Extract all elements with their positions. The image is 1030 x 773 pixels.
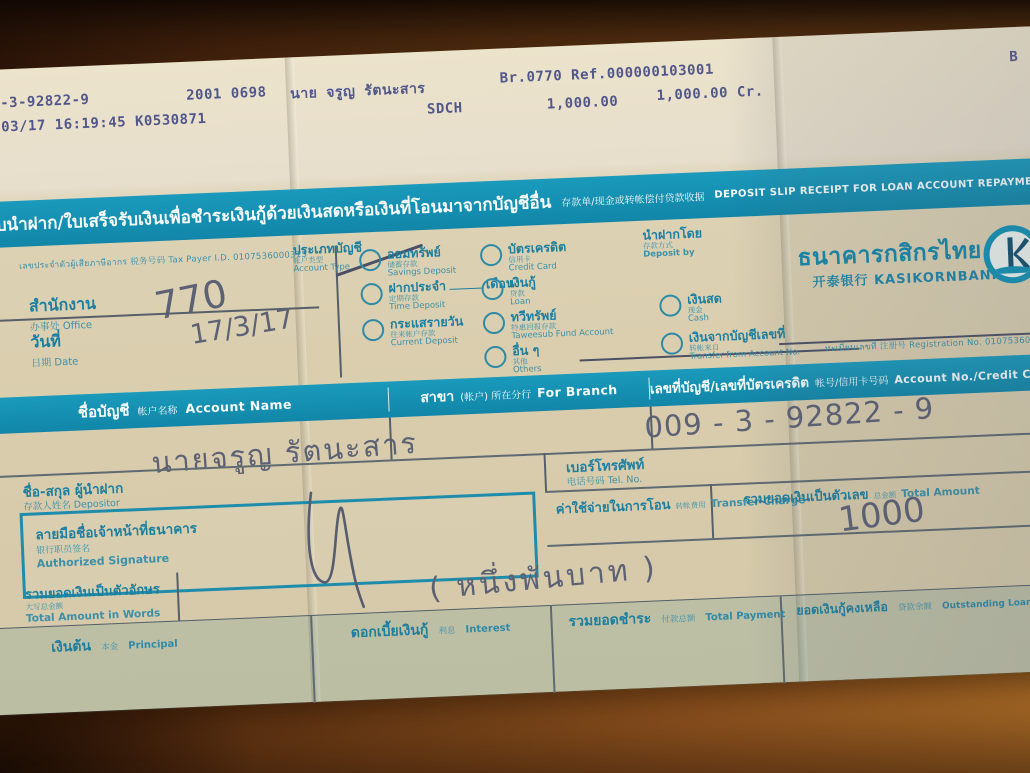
savings-english: Savings Deposit [388,267,457,279]
account-no-header-cn: 帐号/信用卡号码 [815,372,889,390]
cash-thai: เงินสด [687,291,722,306]
months-blank-line[interactable] [449,287,483,289]
account-name-value-handwritten: นายจรูญ รัตนะสาร [150,420,420,486]
time-deposit-checkbox[interactable] [360,283,383,306]
account-name-header-en: Account Name [185,397,292,416]
option-current-deposit: กระแสรายวัน 往来帐户存款 Current Deposit [362,314,465,350]
others-checkbox[interactable] [484,346,507,369]
interest-en: Interest [465,623,510,636]
deposit-by-english: Deposit by [643,248,703,260]
branch-header-en: For Branch [537,382,618,400]
total-payment-en: Total Payment [705,609,785,623]
deposit-by-header: นำฝากโดย 存款方式 Deposit by [642,226,703,260]
tel-label-sub: 电话号码 Tel. No. [566,471,642,488]
depositor-tel-divider [543,453,546,491]
tax-payer-line: เลขประจำตัวผู้เสียภาษีอากร 税务号码 Tax Paye… [19,247,308,273]
title-chinese: 存款单/现金或转帐偿付贷款收据 [561,188,705,209]
validation-branch-ref: Br.0770 Ref.000000103001 [499,62,714,87]
cash-english: Cash [688,314,723,325]
principal-cn: 本金 [101,642,118,653]
account-name-header-cn: 帐户名称 [137,401,178,418]
date-label-sub: 日期 Date [31,352,79,369]
bottom-divider-1 [310,616,315,703]
option-cash: เงินสด 现金 Cash [659,291,723,326]
fold-crease-right [772,37,808,682]
validation-credit-amount: 1,000.00 Cr. [656,84,764,104]
option-credit-card: บัตรเครดิต 信用卡 Credit Card [480,240,568,275]
signature-label-thai: ลายมือชื่อเจ้าหน้าที่ธนาคาร [35,517,197,546]
validation-stray-char: B [1009,49,1019,65]
photo-of-deposit-slip: { "validation": { "account_no": "09-3-92… [0,0,1030,773]
option-loan: เงินกู้ 贷款 Loan [481,275,537,309]
transfer-from-account-checkbox[interactable] [661,332,684,355]
validation-datetime-terminal: 7/03/17 16:19:45 K0530871 [0,111,207,136]
total-payment-cn: 付款总额 [661,614,695,625]
interest-label: ดอกเบี้ยเงินกู้ 利息 Interest [350,616,510,645]
loan-english: Loan [510,298,537,309]
kasikornbank-logo-icon [982,224,1030,284]
current-deposit-english: Current Deposit [391,337,465,350]
option-others: อื่น ๆ 其他 Others [484,343,542,377]
validation-amount: 1,000.00 [547,94,619,113]
signature-scribble [293,480,428,615]
taweesub-checkbox[interactable] [483,312,506,335]
account-no-header-en: Account No./Credit Card No. [894,366,1030,387]
total-payment-thai: รวมยอดชำระ [568,611,651,630]
title-english: DEPOSIT SLIP RECEIPT FOR LOAN ACCOUNT RE… [714,164,1030,201]
principal-en: Principal [128,639,178,652]
outstanding-cn: 贷款余额 [898,602,932,613]
validation-payer-name: นาย จรูญ รัตนะสาร [290,78,426,106]
outstanding-en: Outstanding Loan Balance [942,596,1030,612]
option-taweesub: ทวีทรัพย์ 特惠回报存款 Taweesub Fund Account [482,306,613,343]
taweesub-english: Taweesub Fund Account [511,328,613,342]
date-label-thai: วันที่ [30,329,61,355]
transfer-charge-thai: ค่าใช้จ่ายในการโอน [556,498,671,518]
transfer-charge-cn: 转帐费用 [675,500,705,510]
loan-checkbox[interactable] [481,278,504,301]
savings-checkbox[interactable] [359,249,382,272]
credit-card-checkbox[interactable] [480,244,503,267]
title-thai: ใบนำฝาก/ใบเสร็จรับเงินเพื่อชำระเงินกู้ด้… [0,188,552,239]
validation-teller-code: 2001 0698 [186,84,267,103]
signature-label-cn: 银行职员签名 [36,541,91,556]
total-payment-label: รวมยอดชำระ 付款总额 Total Payment [568,602,786,633]
outstanding-thai: ยอดเงินกู้คงเหลือ [796,599,888,618]
bottom-divider-2 [550,606,555,693]
validation-tran-code: SDCH [427,100,463,117]
credit-card-english: Credit Card [509,262,568,274]
principal-label: เงินต้น 本金 Principal [51,632,178,659]
amount-words-label: รวมยอดเงินเป็นตัวอักษร 大写总金额 Total Amoun… [25,583,161,624]
outstanding-label: ยอดเงินกู้คงเหลือ 贷款余额 Outstanding Loan … [796,588,1030,621]
branch-header-cn: (帐户) 所在分行 [460,386,532,404]
branch-header-thai: สาขา [420,386,455,409]
title-band: ใบนำฝาก/ใบเสร็จรับเงินเพื่อชำระเงินกู้ด้… [0,158,1030,249]
cash-checkbox[interactable] [659,294,682,317]
principal-thai: เงินต้น [51,638,91,656]
current-deposit-checkbox[interactable] [362,319,385,342]
account-name-header-thai: ชื่อบัญชี [77,398,130,424]
interest-thai: ดอกเบี้ยเงินกู้ [351,622,429,641]
interest-cn: 利息 [438,626,455,637]
deposit-slip: 09-3-92822-9 2001 0698 นาย จรูญ รัตนะสาร… [0,26,1030,716]
account-no-header-thai: เลขที่บัญชี/เลขที่บัตรเครดิต [649,371,809,400]
option-savings: ออมทรัพย์ 储蓄存款 Savings Deposit [359,245,457,281]
validation-account-no: 09-3-92822-9 [0,92,90,112]
amount-row-underline [547,523,1030,546]
